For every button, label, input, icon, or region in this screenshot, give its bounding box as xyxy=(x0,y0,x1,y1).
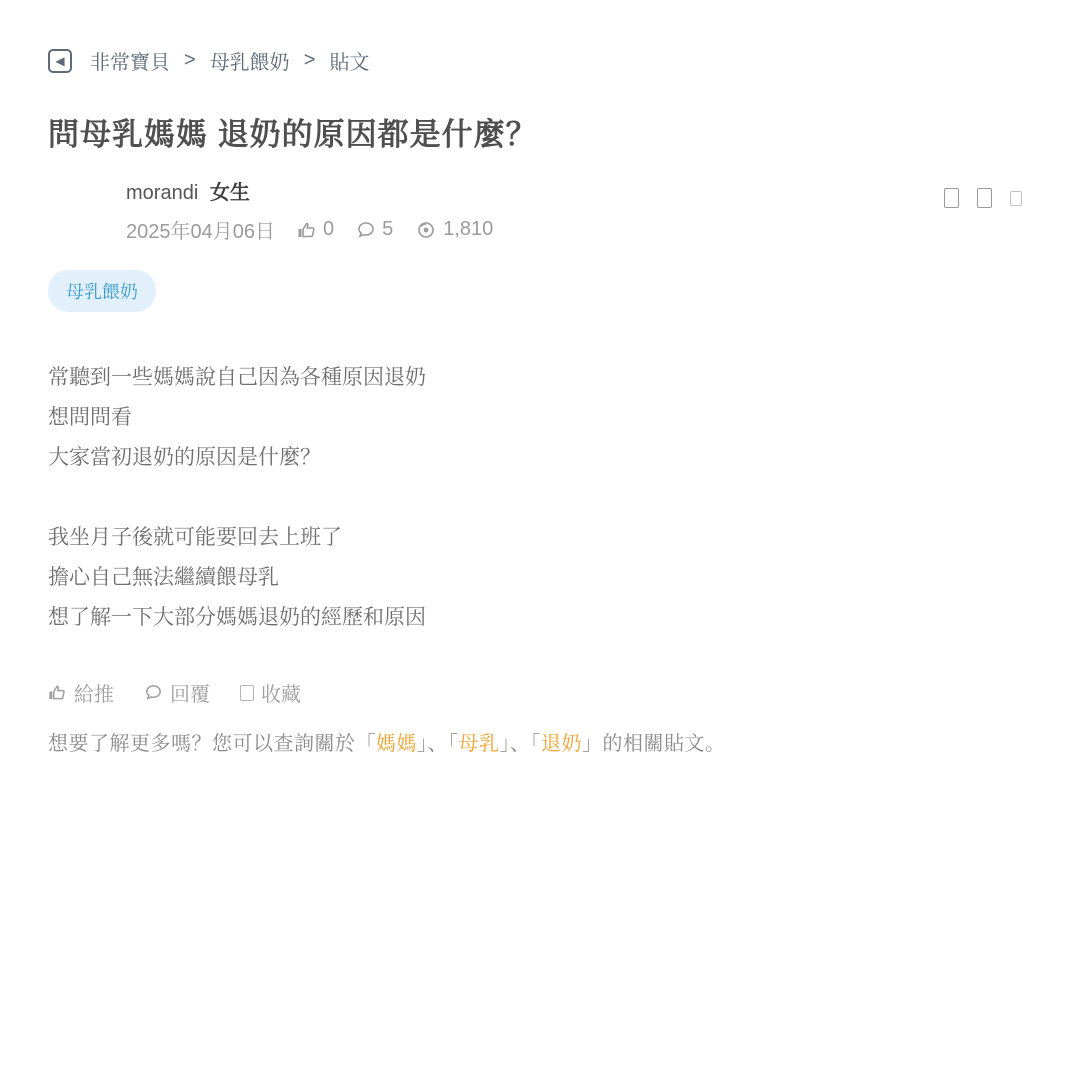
view-count: 1,810 xyxy=(443,218,493,241)
close-bracket: 」 xyxy=(500,733,511,755)
comment-bubble-icon xyxy=(356,220,376,240)
author-block: morandi 女生 2025年04月06日 0 xyxy=(48,174,1032,244)
close-bracket: 」 xyxy=(417,733,428,755)
body-line: 想問問看 xyxy=(48,398,1032,438)
page-title: 問母乳媽媽 退奶的原因都是什麼？ xyxy=(48,109,1032,154)
keyword-separator: 、 xyxy=(428,733,449,755)
open-bracket: 「 xyxy=(356,733,377,755)
author-line: morandi 女生 xyxy=(126,176,515,205)
tag-row: 母乳餵奶 xyxy=(48,270,1032,312)
body-line: 大家當初退奶的原因是什麼？ xyxy=(48,438,1032,478)
bookmark-button-label: 收藏 xyxy=(261,678,301,707)
back-icon: ◀ xyxy=(55,54,64,68)
related-keywords-line: 想要了解更多嗎？您可以查詢關於「媽媽」、「母乳」、「退奶」的相關貼文。 xyxy=(48,727,1032,756)
unknown-glyph-icon-3[interactable] xyxy=(1010,191,1022,206)
unknown-glyph-icon-2[interactable] xyxy=(977,188,992,208)
unknown-glyph-icon-1[interactable] xyxy=(944,188,959,208)
body-line: 我坐月子後就可能要回去上班了 xyxy=(48,518,1032,558)
action-row: 給推 回覆 收藏 xyxy=(48,678,1032,707)
related-prefix: 想要了解更多嗎？您可以查詢關於 xyxy=(48,733,356,755)
breadcrumb-separator: > xyxy=(304,49,316,72)
author-gender: 女生 xyxy=(210,182,250,204)
bookmark-icon xyxy=(240,685,254,701)
like-button-label: 給推 xyxy=(74,678,114,707)
like-count: 0 xyxy=(323,218,334,241)
tag-pill[interactable]: 母乳餵奶 xyxy=(48,270,156,312)
meta-line: 2025年04月06日 0 xyxy=(126,215,515,244)
related-suffix: 的相關貼文。 xyxy=(603,733,726,755)
paragraph-1: 常聽到一些媽媽說自己因為各種原因退奶想問問看大家當初退奶的原因是什麼？ xyxy=(48,358,1032,478)
post-page: ◀ 非常寶貝 > 母乳餵奶 > 貼文 問母乳媽媽 退奶的原因都是什麼？ mora… xyxy=(0,0,1080,1080)
breadcrumb-item-board[interactable]: 非常寶貝 xyxy=(90,46,170,75)
comment-count-stat: 5 xyxy=(356,218,393,241)
thumbs-up-icon xyxy=(297,220,317,240)
open-bracket: 「 xyxy=(531,733,542,755)
reply-button[interactable]: 回覆 xyxy=(144,678,210,707)
paragraph-2: 我坐月子後就可能要回去上班了擔心自己無法繼續餵母乳想了解一下大部分媽媽退奶的經歷… xyxy=(48,518,1032,638)
breadcrumb-separator: > xyxy=(184,49,196,72)
breadcrumb: ◀ 非常寶貝 > 母乳餵奶 > 貼文 xyxy=(48,46,1032,75)
view-count-stat: 1,810 xyxy=(415,218,493,241)
breadcrumb-item-category[interactable]: 母乳餵奶 xyxy=(210,46,290,75)
body-line: 常聽到一些媽媽說自己因為各種原因退奶 xyxy=(48,358,1032,398)
body-line: 擔心自己無法繼續餵母乳 xyxy=(48,558,1032,598)
post-date: 2025年04月06日 xyxy=(126,215,275,244)
like-button[interactable]: 給推 xyxy=(48,678,114,707)
keyword-link-1[interactable]: 媽媽 xyxy=(376,733,417,755)
like-count-stat: 0 xyxy=(297,218,334,241)
avatar[interactable] xyxy=(48,174,110,236)
close-bracket: 」 xyxy=(582,733,603,755)
post-body: 常聽到一些媽媽說自己因為各種原因退奶想問問看大家當初退奶的原因是什麼？ 我坐月子… xyxy=(48,358,1032,638)
back-button[interactable]: ◀ xyxy=(48,49,72,73)
comment-bubble-icon xyxy=(144,683,163,702)
thumbs-up-icon xyxy=(48,683,67,702)
reply-button-label: 回覆 xyxy=(170,678,210,707)
eye-icon xyxy=(415,219,437,241)
open-bracket: 「 xyxy=(448,733,459,755)
body-line: 想了解一下大部分媽媽退奶的經歷和原因 xyxy=(48,598,1032,638)
comment-count: 5 xyxy=(382,218,393,241)
bookmark-button[interactable]: 收藏 xyxy=(240,678,301,707)
keyword-link-2[interactable]: 母乳 xyxy=(459,733,500,755)
share-toolbar xyxy=(944,188,1022,208)
keyword-separator: 、 xyxy=(510,733,531,755)
breadcrumb-item-post[interactable]: 貼文 xyxy=(329,46,369,75)
author-info: morandi 女生 2025年04月06日 0 xyxy=(126,174,515,244)
keyword-link-3[interactable]: 退奶 xyxy=(541,733,582,755)
author-name[interactable]: morandi xyxy=(126,182,198,204)
